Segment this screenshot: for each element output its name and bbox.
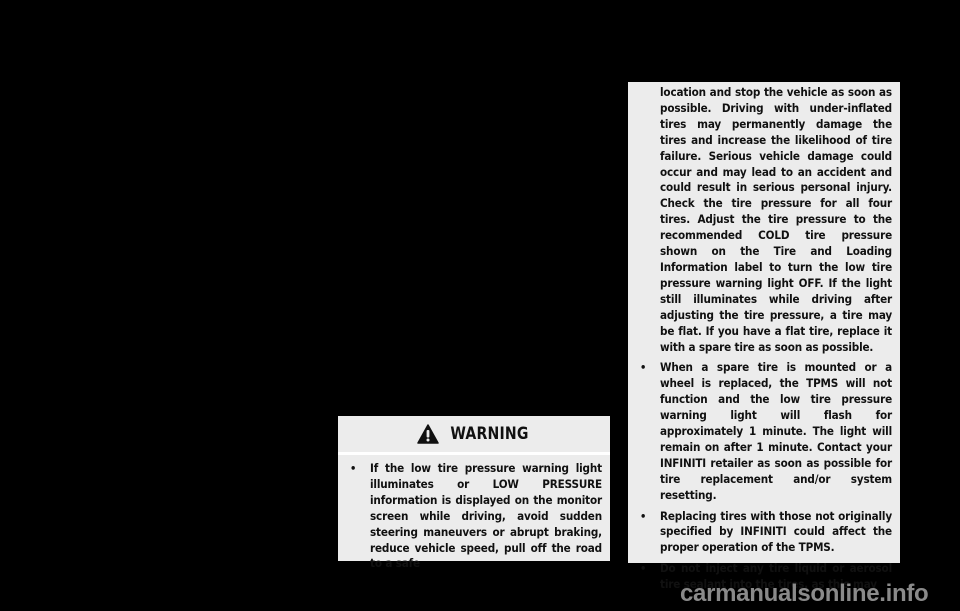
bullet-icon: • <box>640 509 646 525</box>
warning-title: WARNING <box>450 424 528 444</box>
bullet-icon: • <box>350 461 356 477</box>
list-item: location and stop the vehicle as soon as… <box>628 85 900 355</box>
list-item: • When a spare tire is mounted or a whee… <box>628 360 900 503</box>
bullet-icon: • <box>640 360 646 376</box>
warning-list: • If the low tire pressure warning light… <box>338 455 610 572</box>
warning-box-continued: location and stop the vehicle as soon as… <box>628 82 900 563</box>
list-item: • Replacing tires with those not origina… <box>628 509 900 557</box>
watermark: carmanualsonline.info <box>680 580 928 608</box>
bullet-icon: • <box>640 561 646 577</box>
warning-header: WARNING <box>338 416 610 455</box>
warning-box: WARNING • If the low tire pressure warni… <box>338 416 610 561</box>
warning-triangle-icon <box>417 424 439 444</box>
item-text: Replacing tires with those not originall… <box>660 509 892 555</box>
warning-list-continued: location and stop the vehicle as soon as… <box>628 82 900 593</box>
list-item: • If the low tire pressure warning light… <box>338 461 610 572</box>
item-text: location and stop the vehicle as soon as… <box>660 85 892 354</box>
item-text: When a spare tire is mounted or a wheel … <box>660 360 892 501</box>
item-text: If the low tire pressure warning light i… <box>370 461 602 570</box>
